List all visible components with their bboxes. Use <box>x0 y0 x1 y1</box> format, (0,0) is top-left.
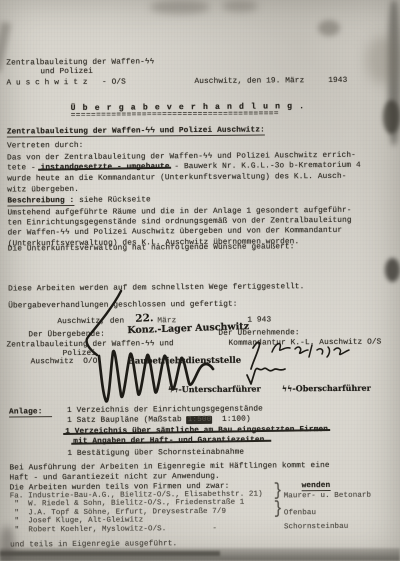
wenden-note: wenden <box>302 482 331 491</box>
addressee-line: Zentralbauleitung der Waffen-ϟϟ und Poli… <box>7 126 265 137</box>
title-underline: ========================================… <box>71 109 279 121</box>
anlage-label: Anlage: <box>9 408 53 417</box>
blacked-out-text: 1:500 <box>187 416 213 424</box>
datum-jahr: 1 943 <box>247 315 271 326</box>
gewerk-ofenbau: Ofenbau <box>284 509 316 518</box>
org-rechts-line: Kommandantur K.-L. Auschwitz O/S <box>228 338 381 350</box>
gewerk-schornsteinbau: Schornsteinbau <box>284 523 348 532</box>
struck-text: instandgesetzte - umgebaute <box>41 163 170 172</box>
rank-unterscharfuehrer: ϟϟ-Unterscharführer <box>168 384 261 395</box>
para1-line3-4: wurde heute an die Kommandantur (Unterku… <box>7 172 346 196</box>
brace-maurer: } <box>274 486 283 497</box>
stamp-baubetriebsdienststelle: Baubetriebsdienststelle <box>128 356 242 367</box>
letterhead-dateline: Auschwitz, den 19. März 1943 <box>194 76 347 88</box>
document-content: Zentralbauleitung der Waffen-ϟϟ und Poli… <box>0 0 400 561</box>
handwritten-day: 22. <box>135 312 154 325</box>
beschreibung-value: siehe Rückseite <box>74 196 151 205</box>
vertreten-durch: Vertreten durch: <box>7 141 84 152</box>
wuensche-line: Die Unterkunftsverwaltung hat nachfolgen… <box>8 242 295 255</box>
org-links-line3: Auschwitz O/O. <box>31 357 103 368</box>
firmen-list: Fa. Industrie-Bau-A.G., Bielitz-O/S., El… <box>10 491 263 535</box>
datum-ort: Auschwitz, den <box>57 317 124 328</box>
brace-ofenbau: } <box>274 504 283 515</box>
anlage-item3-struck-line2: mit Angaben der Haft- und Garantiezeiten… <box>73 436 269 446</box>
anlage-item3-struck-line1: 1 Verzeichnis über sämtliche am Bau eing… <box>65 426 328 436</box>
document-scan: Zentralbauleitung der Waffen-ϟϟ und Poli… <box>0 0 400 561</box>
rank-oberscharfuehrer: ϟϟ-Oberscharführer <box>282 383 371 394</box>
firmen-outro: und teils in Eigenregie ausgeführt. <box>10 539 177 551</box>
letterhead-org-line2: und Polizei <box>40 67 93 78</box>
geschlossen-line: Übergabeverhandlungen geschlossen und ge… <box>8 300 237 312</box>
gewerk-maurer: Maurer- u. Betonarb <box>284 492 371 501</box>
beschreibung-label: Beschreibung : <box>7 197 74 207</box>
letterhead-org-line3: A u s c h w i t z - O/S <box>6 78 126 89</box>
fertigstellung-line: Diese Arbeiten werden auf dem schnellste… <box>8 282 304 295</box>
anlage-item2: 1 Satz Baupläne (Maßstab 1:500 1:100) <box>67 415 251 427</box>
anlage-item4: 1 Bestätigung über Schornsteinabnahme <box>67 448 244 460</box>
